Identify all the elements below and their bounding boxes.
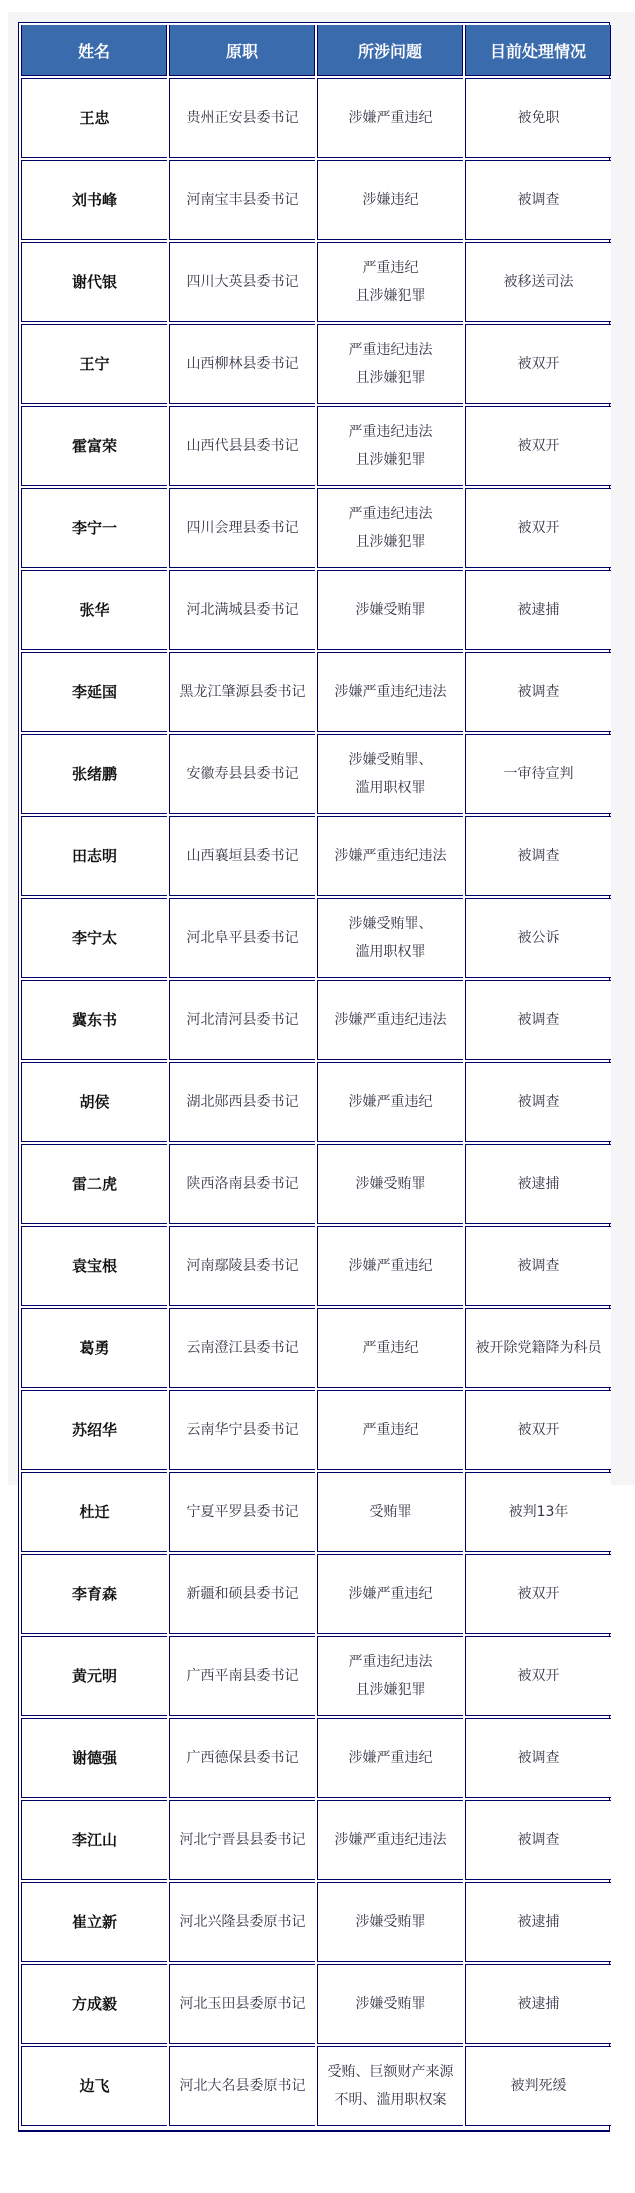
cell-status: 被移送司法 — [465, 242, 611, 322]
cell-position: 安徽寿县县委书记 — [169, 734, 315, 814]
issue-line: 涉嫌受贿罪 — [319, 1990, 462, 2018]
cell-status: 被调查 — [465, 980, 611, 1060]
cell-name: 李宁太 — [21, 898, 167, 978]
cell-position: 云南澄江县委书记 — [169, 1308, 315, 1388]
table-row: 李延国黑龙江肇源县委书记涉嫌严重违纪违法被调查 — [21, 652, 611, 732]
cell-status: 被判死缓 — [465, 2046, 611, 2126]
cell-status: 被免职 — [465, 78, 611, 158]
cell-status: 被双开 — [465, 1636, 611, 1716]
issue-line: 严重违纪违法 — [319, 336, 462, 364]
cell-position: 宁夏平罗县委书记 — [169, 1472, 315, 1552]
issue-line: 涉嫌受贿罪 — [319, 596, 462, 624]
table-row: 谢德强广西德保县委书记涉嫌严重违纪被调查 — [21, 1718, 611, 1798]
cell-issue: 涉嫌严重违纪违法 — [317, 1800, 463, 1880]
cell-issue: 涉嫌严重违纪 — [317, 1062, 463, 1142]
cell-issue: 涉嫌严重违纪 — [317, 1226, 463, 1306]
issue-line: 涉嫌严重违纪 — [319, 1088, 462, 1116]
issue-line: 严重违纪违法 — [319, 1648, 462, 1676]
cell-name: 张绪鹏 — [21, 734, 167, 814]
table-body: 王忠贵州正安县委书记涉嫌严重违纪被免职刘书峰河南宝丰县委书记涉嫌违纪被调查谢代银… — [21, 78, 611, 2126]
table-row: 杜迁宁夏平罗县委书记受贿罪被判13年 — [21, 1472, 611, 1552]
table-row: 王忠贵州正安县委书记涉嫌严重违纪被免职 — [21, 78, 611, 158]
issue-line: 严重违纪 — [319, 1416, 462, 1444]
issue-line: 且涉嫌犯罪 — [319, 1676, 462, 1704]
cell-name: 王宁 — [21, 324, 167, 404]
cell-status: 被调查 — [465, 1718, 611, 1798]
header-issue: 所涉问题 — [317, 25, 463, 76]
issue-line: 涉嫌严重违纪违法 — [319, 678, 462, 706]
table-header-row: 姓名 原职 所涉问题 目前处理情况 — [21, 25, 611, 76]
issue-line: 涉嫌受贿罪 — [319, 1908, 462, 1936]
issue-line: 受贿、巨额财产来源 — [319, 2058, 462, 2086]
cell-name: 葛勇 — [21, 1308, 167, 1388]
issue-line: 严重违纪 — [319, 254, 462, 282]
cell-position: 贵州正安县委书记 — [169, 78, 315, 158]
cell-issue: 涉嫌严重违纪违法 — [317, 980, 463, 1060]
issue-line: 滥用职权罪 — [319, 774, 462, 802]
cell-position: 四川会理县委书记 — [169, 488, 315, 568]
cell-name: 张华 — [21, 570, 167, 650]
cell-position: 河南宝丰县委书记 — [169, 160, 315, 240]
issue-line: 不明、滥用职权案 — [319, 2086, 462, 2114]
table-row: 冀东书河北清河县委书记涉嫌严重违纪违法被调查 — [21, 980, 611, 1060]
cell-status: 被逮捕 — [465, 1964, 611, 2044]
cell-status: 被调查 — [465, 1800, 611, 1880]
cell-position: 四川大英县委书记 — [169, 242, 315, 322]
cell-position: 湖北郧西县委书记 — [169, 1062, 315, 1142]
cell-name: 苏绍华 — [21, 1390, 167, 1470]
cell-name: 雷二虎 — [21, 1144, 167, 1224]
cell-issue: 涉嫌受贿罪、滥用职权罪 — [317, 734, 463, 814]
table-row: 霍富荣山西代县县委书记严重违纪违法且涉嫌犯罪被双开 — [21, 406, 611, 486]
cell-status: 被双开 — [465, 1554, 611, 1634]
cell-position: 河北玉田县委原书记 — [169, 1964, 315, 2044]
issue-line: 且涉嫌犯罪 — [319, 528, 462, 556]
issue-line: 涉嫌严重违纪违法 — [319, 842, 462, 870]
cell-status: 被双开 — [465, 324, 611, 404]
cell-name: 田志明 — [21, 816, 167, 896]
cell-name: 边飞 — [21, 2046, 167, 2126]
issue-line: 严重违纪违法 — [319, 500, 462, 528]
table-row: 雷二虎陕西洛南县委书记涉嫌受贿罪被逮捕 — [21, 1144, 611, 1224]
cell-issue: 严重违纪违法且涉嫌犯罪 — [317, 406, 463, 486]
cell-name: 李延国 — [21, 652, 167, 732]
cell-position: 河北清河县委书记 — [169, 980, 315, 1060]
issue-line: 受贿罪 — [319, 1498, 462, 1526]
cell-position: 黑龙江肇源县委书记 — [169, 652, 315, 732]
cell-status: 一审待宣判 — [465, 734, 611, 814]
cell-status: 被调查 — [465, 160, 611, 240]
header-position: 原职 — [169, 25, 315, 76]
cell-issue: 涉嫌违纪 — [317, 160, 463, 240]
table-row: 方成毅河北玉田县委原书记涉嫌受贿罪被逮捕 — [21, 1964, 611, 2044]
cell-status: 被调查 — [465, 816, 611, 896]
table-row: 胡侯湖北郧西县委书记涉嫌严重违纪被调查 — [21, 1062, 611, 1142]
table-row: 苏绍华云南华宁县委书记严重违纪被双开 — [21, 1390, 611, 1470]
cell-name: 霍富荣 — [21, 406, 167, 486]
table-row: 李宁一四川会理县委书记严重违纪违法且涉嫌犯罪被双开 — [21, 488, 611, 568]
cell-issue: 严重违纪 — [317, 1308, 463, 1388]
cell-position: 云南华宁县委书记 — [169, 1390, 315, 1470]
issue-line: 且涉嫌犯罪 — [319, 446, 462, 474]
issue-line: 涉嫌受贿罪 — [319, 1170, 462, 1198]
cell-issue: 涉嫌受贿罪 — [317, 1882, 463, 1962]
cell-status: 被逮捕 — [465, 570, 611, 650]
table-row: 袁宝根河南鄢陵县委书记涉嫌严重违纪被调查 — [21, 1226, 611, 1306]
issue-line: 严重违纪违法 — [319, 418, 462, 446]
table-row: 谢代银四川大英县委书记严重违纪且涉嫌犯罪被移送司法 — [21, 242, 611, 322]
issue-line: 涉嫌违纪 — [319, 186, 462, 214]
cell-name: 谢德强 — [21, 1718, 167, 1798]
cell-position: 河南鄢陵县委书记 — [169, 1226, 315, 1306]
cell-issue: 涉嫌严重违纪违法 — [317, 652, 463, 732]
cell-name: 李宁一 — [21, 488, 167, 568]
cell-name: 袁宝根 — [21, 1226, 167, 1306]
cell-position: 山西代县县委书记 — [169, 406, 315, 486]
cell-name: 冀东书 — [21, 980, 167, 1060]
table-row: 边飞河北大名县委原书记受贿、巨额财产来源不明、滥用职权案被判死缓 — [21, 2046, 611, 2126]
cell-status: 被公诉 — [465, 898, 611, 978]
cell-position: 陕西洛南县委书记 — [169, 1144, 315, 1224]
issue-line: 涉嫌受贿罪、 — [319, 910, 462, 938]
cell-status: 被双开 — [465, 488, 611, 568]
cell-issue: 严重违纪违法且涉嫌犯罪 — [317, 488, 463, 568]
cell-name: 崔立新 — [21, 1882, 167, 1962]
cell-position: 河北大名县委原书记 — [169, 2046, 315, 2126]
cell-position: 山西襄垣县委书记 — [169, 816, 315, 896]
cell-name: 刘书峰 — [21, 160, 167, 240]
cell-name: 李育森 — [21, 1554, 167, 1634]
cell-issue: 严重违纪且涉嫌犯罪 — [317, 242, 463, 322]
table-row: 李江山河北宁晋县县委书记涉嫌严重违纪违法被调查 — [21, 1800, 611, 1880]
cell-issue: 严重违纪违法且涉嫌犯罪 — [317, 324, 463, 404]
cell-position: 广西平南县委书记 — [169, 1636, 315, 1716]
table-row: 崔立新河北兴隆县委原书记涉嫌受贿罪被逮捕 — [21, 1882, 611, 1962]
cell-name: 谢代银 — [21, 242, 167, 322]
cell-name: 胡侯 — [21, 1062, 167, 1142]
cell-status: 被逮捕 — [465, 1144, 611, 1224]
cell-name: 方成毅 — [21, 1964, 167, 2044]
officials-table: 姓名 原职 所涉问题 目前处理情况 王忠贵州正安县委书记涉嫌严重违纪被免职刘书峰… — [18, 22, 610, 2132]
cell-position: 河北兴隆县委原书记 — [169, 1882, 315, 1962]
table-row: 田志明山西襄垣县委书记涉嫌严重违纪违法被调查 — [21, 816, 611, 896]
table-row: 张绪鹏安徽寿县县委书记涉嫌受贿罪、滥用职权罪一审待宣判 — [21, 734, 611, 814]
cell-position: 河北阜平县委书记 — [169, 898, 315, 978]
issue-line: 涉嫌严重违纪违法 — [319, 1826, 462, 1854]
cell-issue: 涉嫌受贿罪、滥用职权罪 — [317, 898, 463, 978]
cell-status: 被逮捕 — [465, 1882, 611, 1962]
officials-table-grid: 姓名 原职 所涉问题 目前处理情况 王忠贵州正安县委书记涉嫌严重违纪被免职刘书峰… — [19, 23, 613, 2128]
cell-issue: 严重违纪 — [317, 1390, 463, 1470]
cell-name: 王忠 — [21, 78, 167, 158]
issue-line: 且涉嫌犯罪 — [319, 364, 462, 392]
table-row: 黄元明广西平南县委书记严重违纪违法且涉嫌犯罪被双开 — [21, 1636, 611, 1716]
cell-status: 被双开 — [465, 1390, 611, 1470]
issue-line: 严重违纪 — [319, 1334, 462, 1362]
cell-issue: 涉嫌严重违纪 — [317, 1554, 463, 1634]
issue-line: 涉嫌严重违纪违法 — [319, 1006, 462, 1034]
cell-issue: 严重违纪违法且涉嫌犯罪 — [317, 1636, 463, 1716]
table-row: 李宁太河北阜平县委书记涉嫌受贿罪、滥用职权罪被公诉 — [21, 898, 611, 978]
cell-issue: 涉嫌受贿罪 — [317, 570, 463, 650]
table-row: 葛勇云南澄江县委书记严重违纪被开除党籍降为科员 — [21, 1308, 611, 1388]
cell-issue: 涉嫌严重违纪 — [317, 78, 463, 158]
cell-issue: 受贿罪 — [317, 1472, 463, 1552]
cell-name: 杜迁 — [21, 1472, 167, 1552]
table-row: 王宁山西柳林县委书记严重违纪违法且涉嫌犯罪被双开 — [21, 324, 611, 404]
cell-issue: 涉嫌严重违纪违法 — [317, 816, 463, 896]
issue-line: 涉嫌严重违纪 — [319, 1744, 462, 1772]
issue-line: 涉嫌受贿罪、 — [319, 746, 462, 774]
cell-issue: 受贿、巨额财产来源不明、滥用职权案 — [317, 2046, 463, 2126]
issue-line: 涉嫌严重违纪 — [319, 1580, 462, 1608]
issue-line: 且涉嫌犯罪 — [319, 282, 462, 310]
cell-position: 河北宁晋县县委书记 — [169, 1800, 315, 1880]
header-status: 目前处理情况 — [465, 25, 611, 76]
cell-name: 黄元明 — [21, 1636, 167, 1716]
cell-position: 山西柳林县委书记 — [169, 324, 315, 404]
cell-position: 广西德保县委书记 — [169, 1718, 315, 1798]
table-row: 刘书峰河南宝丰县委书记涉嫌违纪被调查 — [21, 160, 611, 240]
cell-status: 被调查 — [465, 652, 611, 732]
cell-issue: 涉嫌受贿罪 — [317, 1964, 463, 2044]
cell-issue: 涉嫌受贿罪 — [317, 1144, 463, 1224]
issue-line: 滥用职权罪 — [319, 938, 462, 966]
cell-position: 河北满城县委书记 — [169, 570, 315, 650]
cell-status: 被开除党籍降为科员 — [465, 1308, 611, 1388]
table-row: 李育森新疆和硕县委书记涉嫌严重违纪被双开 — [21, 1554, 611, 1634]
cell-issue: 涉嫌严重违纪 — [317, 1718, 463, 1798]
issue-line: 涉嫌严重违纪 — [319, 1252, 462, 1280]
cell-status: 被双开 — [465, 406, 611, 486]
cell-status: 被调查 — [465, 1062, 611, 1142]
header-name: 姓名 — [21, 25, 167, 76]
cell-position: 新疆和硕县委书记 — [169, 1554, 315, 1634]
issue-line: 涉嫌严重违纪 — [319, 104, 462, 132]
table-row: 张华河北满城县委书记涉嫌受贿罪被逮捕 — [21, 570, 611, 650]
cell-status: 被判13年 — [465, 1472, 611, 1552]
cell-status: 被调查 — [465, 1226, 611, 1306]
cell-name: 李江山 — [21, 1800, 167, 1880]
